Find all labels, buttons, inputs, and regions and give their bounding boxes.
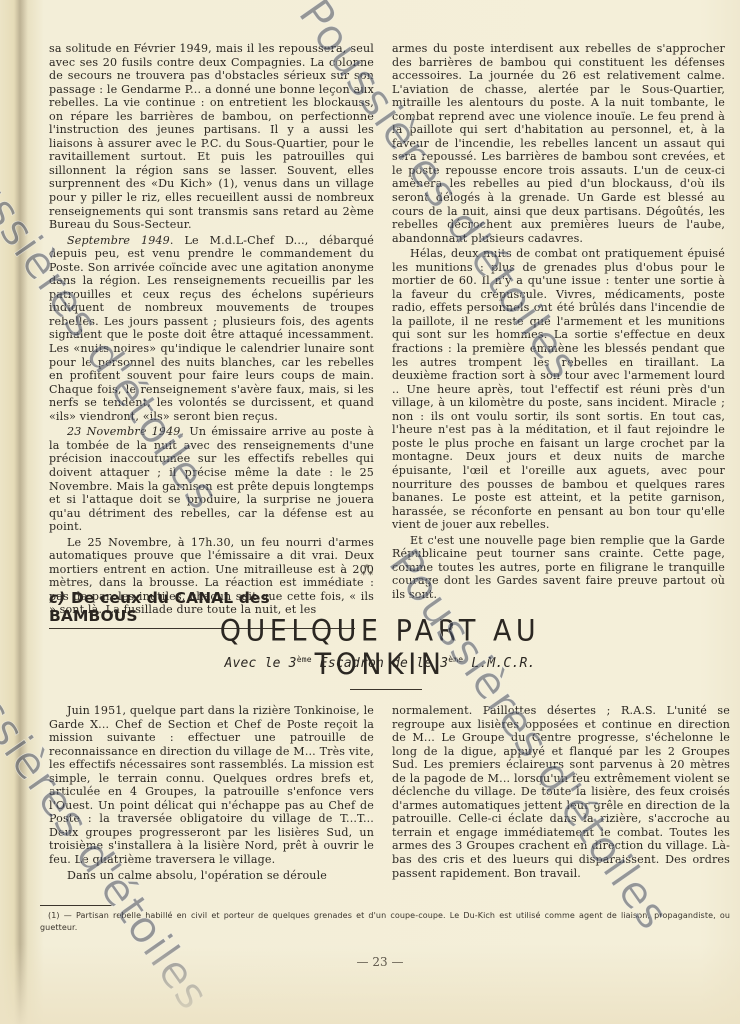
document-page: sa solitude en Février 1949, mais il les…: [0, 0, 740, 1024]
text-column-bottom-left: Juin 1951, quelque part dans la rizière …: [49, 704, 374, 882]
paragraph: normalement. Paillottes désertes ; R.A.S…: [392, 704, 730, 880]
footnote-marker: (1) —: [40, 911, 72, 920]
footnote-divider: [40, 905, 112, 906]
paragraph: sa solitude en Février 1949, mais il les…: [49, 42, 374, 232]
text-column-top-right: armes du poste interdisent aux rebelles …: [392, 42, 725, 601]
paragraph: Dans un calme absolu, l'opération se dér…: [49, 869, 374, 883]
text-column-top-left: sa solitude en Février 1949, mais il les…: [49, 42, 374, 617]
paragraph: Juin 1951, quelque part dans la rizière …: [49, 704, 374, 867]
paragraph: 23 Novembre 1949. Un émissaire arrive au…: [49, 425, 374, 533]
date-label: 23 Novembre 1949: [67, 425, 181, 438]
text-column-bottom-right: normalement. Paillottes désertes ; R.A.S…: [392, 704, 730, 880]
article-title: QUELQUE PART AU TONKIN: [150, 615, 610, 682]
paragraph: armes du poste interdisent aux rebelles …: [392, 42, 725, 245]
title-divider: [350, 689, 422, 690]
paragraph: Et c'est une nouvelle page bien remplie …: [392, 534, 725, 602]
section-separator-stars: ** *: [352, 566, 382, 580]
date-label: Septembre 1949: [67, 234, 170, 247]
footnote: (1) — Partisan rebelle habillé en civil …: [40, 910, 730, 934]
footnote-text: Partisan rebelle habillé en civil et por…: [40, 911, 730, 932]
paragraph: Septembre 1949. Le M.d.L-Chef D..., déba…: [49, 234, 374, 424]
article-subtitle: Avec le 3ème Escadron de le 3ème L.M.C.R…: [150, 655, 610, 671]
page-number: — 23 —: [330, 955, 430, 969]
section-letter: c): [49, 589, 65, 607]
paragraph: Hélas, deux nuits de combat ont pratique…: [392, 247, 725, 531]
